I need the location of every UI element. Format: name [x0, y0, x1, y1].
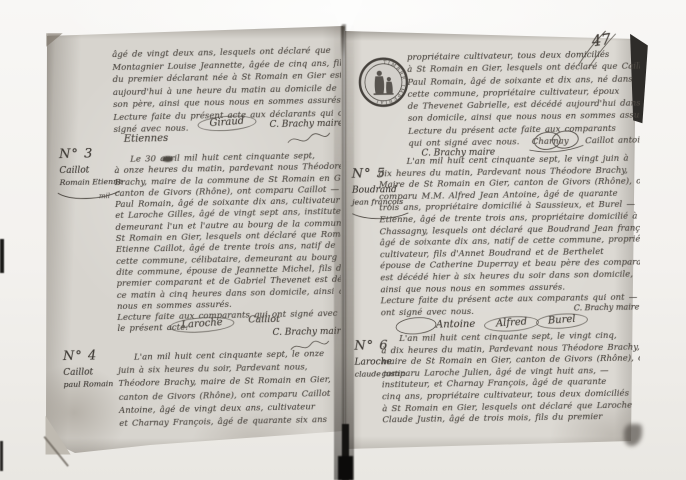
revenue-stamp-seal-icon: TIMBRE IMPERIAL — [357, 56, 410, 109]
scan-edge-mark — [0, 441, 3, 471]
death-act-4-text: L'an mil huit cent cinquante sept, le on… — [118, 348, 332, 431]
handwritten-line: et Charnay François, âgé de quarante six… — [119, 414, 331, 431]
signature-caillot: Caillot — [248, 314, 280, 326]
double-loop-flourish-icon — [527, 127, 585, 154]
death-act-5-text: L'an mil huit cent cinquante sept, le vi… — [379, 153, 659, 319]
marginal-correction: mil — [99, 192, 110, 200]
scan-edge-mark — [0, 239, 4, 273]
paraphe-flourish-icon — [286, 130, 332, 149]
flourish-underline-icon — [56, 189, 122, 202]
signature-antoine: Antoine — [436, 319, 475, 331]
death-act-3-text: Le 30 avril mil huit cent cinquante sept… — [114, 150, 380, 336]
folio-number: 47 — [591, 30, 612, 50]
signature-declarant: Etiennes — [124, 133, 169, 145]
signature-mayor: C. Brachy maire — [574, 302, 640, 312]
signature-mayor: C. Brachy maire — [272, 327, 346, 338]
death-act-6-text: L'an mil huit cent cinquante sept, le vi… — [381, 330, 666, 427]
signature-mayor: C. Brachy maire — [269, 119, 343, 130]
scanned-register-spread: N° 3 Caillot Romain Etienne N° 4 Caillot… — [0, 0, 686, 480]
gutter-top-crease — [341, 26, 345, 58]
